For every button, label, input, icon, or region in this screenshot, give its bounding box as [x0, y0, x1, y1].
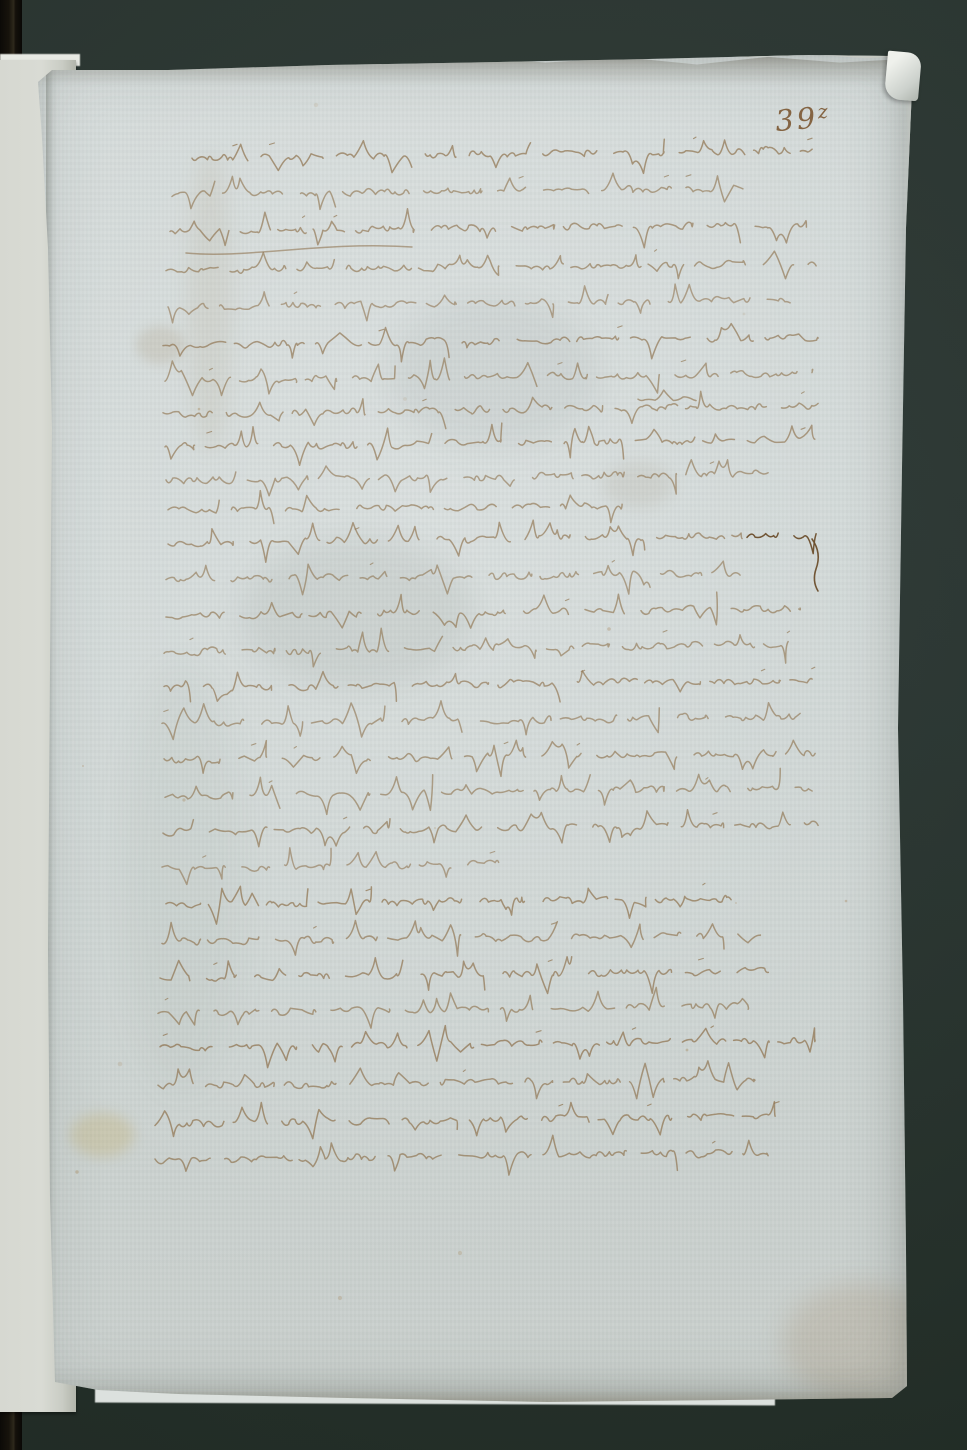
handwritten-line	[158, 1061, 755, 1099]
handwritten-line	[166, 460, 768, 496]
handwritten-line	[166, 883, 731, 924]
handwritten-line	[164, 667, 815, 702]
handwritten-line	[164, 740, 815, 776]
handwritten-line	[166, 592, 800, 628]
handwritten-line	[162, 921, 760, 957]
handwritten-line	[166, 561, 740, 595]
handwritten-line	[168, 284, 790, 323]
paragraph-3	[155, 883, 815, 1175]
handwritten-line	[163, 391, 818, 428]
handwritten-line	[192, 137, 812, 173]
handwritten-line	[165, 358, 813, 396]
handwritten-line	[158, 987, 748, 1028]
paragraph-1	[163, 137, 818, 523]
handwritten-line	[168, 520, 742, 562]
margin-note	[747, 533, 818, 591]
paragraph-2	[162, 520, 818, 884]
handwritten-line	[165, 423, 815, 465]
handwritten-line	[165, 768, 812, 814]
handwritten-line	[155, 1135, 768, 1175]
handwritten-line	[162, 701, 800, 740]
folio-number-mark: z	[817, 101, 829, 124]
handwritten-line	[166, 250, 816, 279]
handwritten-line	[168, 491, 622, 524]
handwritten-line	[172, 173, 743, 209]
folio-number: 39z	[774, 96, 874, 156]
handwritten-line	[638, 390, 696, 401]
folio-number-digits: 39	[774, 101, 820, 139]
handwritten-line	[163, 810, 818, 847]
handwritten-line	[160, 1026, 815, 1068]
handwritten-line	[170, 209, 806, 248]
handwritten-line	[155, 1102, 779, 1139]
handwritten-line	[160, 957, 768, 994]
handwriting-layer	[0, 0, 967, 1450]
handwritten-line	[164, 628, 790, 667]
handwritten-line	[163, 324, 818, 362]
underline-flourish	[186, 246, 412, 254]
handwritten-line	[162, 848, 499, 885]
manuscript-photo: 39z	[0, 0, 967, 1450]
